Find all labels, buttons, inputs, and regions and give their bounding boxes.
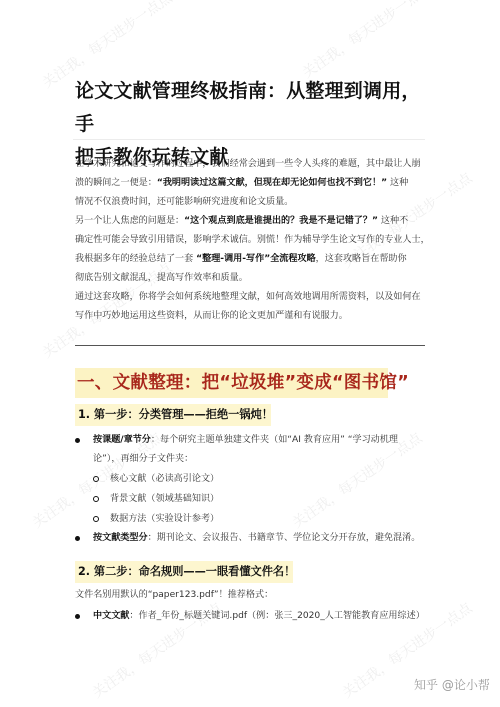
text-line: 通过这套攻略，你将学会如何系统地整理文献，如何高效地调用所需资料，以及如何在 (75, 288, 435, 307)
bullet-circle-icon (93, 476, 99, 482)
intro-paragraph-1: 在学术研究和论文写作的过程中，我们经常会遇到一些令人头疼的难题，其中最让人崩 溃… (75, 155, 435, 212)
bullet-dot-icon (75, 438, 80, 443)
bullet-label: 按课题/章节分 (93, 435, 151, 445)
step-2-heading: 2. 第二步：命名规则——一眼看懂文件名！ (78, 561, 295, 583)
intro-paragraph-2: 另一个让人焦虑的问题是：“这个观点到底是谁提出的？我是不是记错了？” 这种不 确… (75, 212, 435, 288)
text-line: 写作中巧妙地运用这些资料，从而让你的论文更加严谨和有说服力。 (75, 307, 435, 326)
text-line: 另一个让人焦虑的问题是：“这个观点到底是谁提出的？我是不是记错了？” 这种不 (75, 212, 435, 231)
intro-paragraph-3: 通过这套攻略，你将学会如何系统地整理文献，如何高效地调用所需资料，以及如何在 写… (75, 288, 435, 326)
text-line: 情况不仅浪费时间，还可能影响研究进度和论文质量。 (75, 193, 435, 212)
zhihu-author-watermark: 知乎 @论小帮 (414, 676, 490, 693)
bullet-circle-icon (93, 516, 99, 522)
bullet-label: 按文献类型分 (93, 533, 148, 543)
title-divider (73, 139, 425, 140)
bullet-circle-icon (93, 496, 99, 502)
section-heading: 一、文献整理：把“垃圾堆”变成“图书馆” (77, 370, 409, 396)
text-line: 溃的瞬间之一便是：“我明明读过这篇文献，但现在却无论如何也找不到它！” 这种 (75, 174, 435, 193)
horizontal-rule (75, 345, 425, 346)
step-2-intro: 文件名别用默认的“paper123.pdf”！推荐格式： (75, 586, 435, 605)
text-line: 确定性可能会导致引用错误，影响学术诚信。别慌！作为辅导学生论文写作的专业人士， (75, 231, 435, 250)
text-line: 在学术研究和论文写作的过程中，我们经常会遇到一些令人头疼的难题，其中最让人崩 (75, 155, 435, 174)
watermark: 关注我，每天进步一点点 (298, 0, 436, 82)
text-line: 彻底告别文献混乱，提高写作效率和质量。 (75, 269, 435, 288)
step-1-heading: 1. 第一步：分类管理——拒绝一锅炖！ (78, 404, 273, 426)
title-line-1: 论文文献管理终极指南：从整理到调用，手 (75, 75, 435, 141)
text-line: 我根据多年的经验总结了一套 “整理-调用-写作”全流程攻略，这套攻略旨在帮助你 (75, 250, 435, 269)
bullet-label: 中文文献 (93, 611, 129, 621)
bullet-dot-icon (75, 536, 80, 541)
bullet-dot-icon (75, 614, 80, 619)
